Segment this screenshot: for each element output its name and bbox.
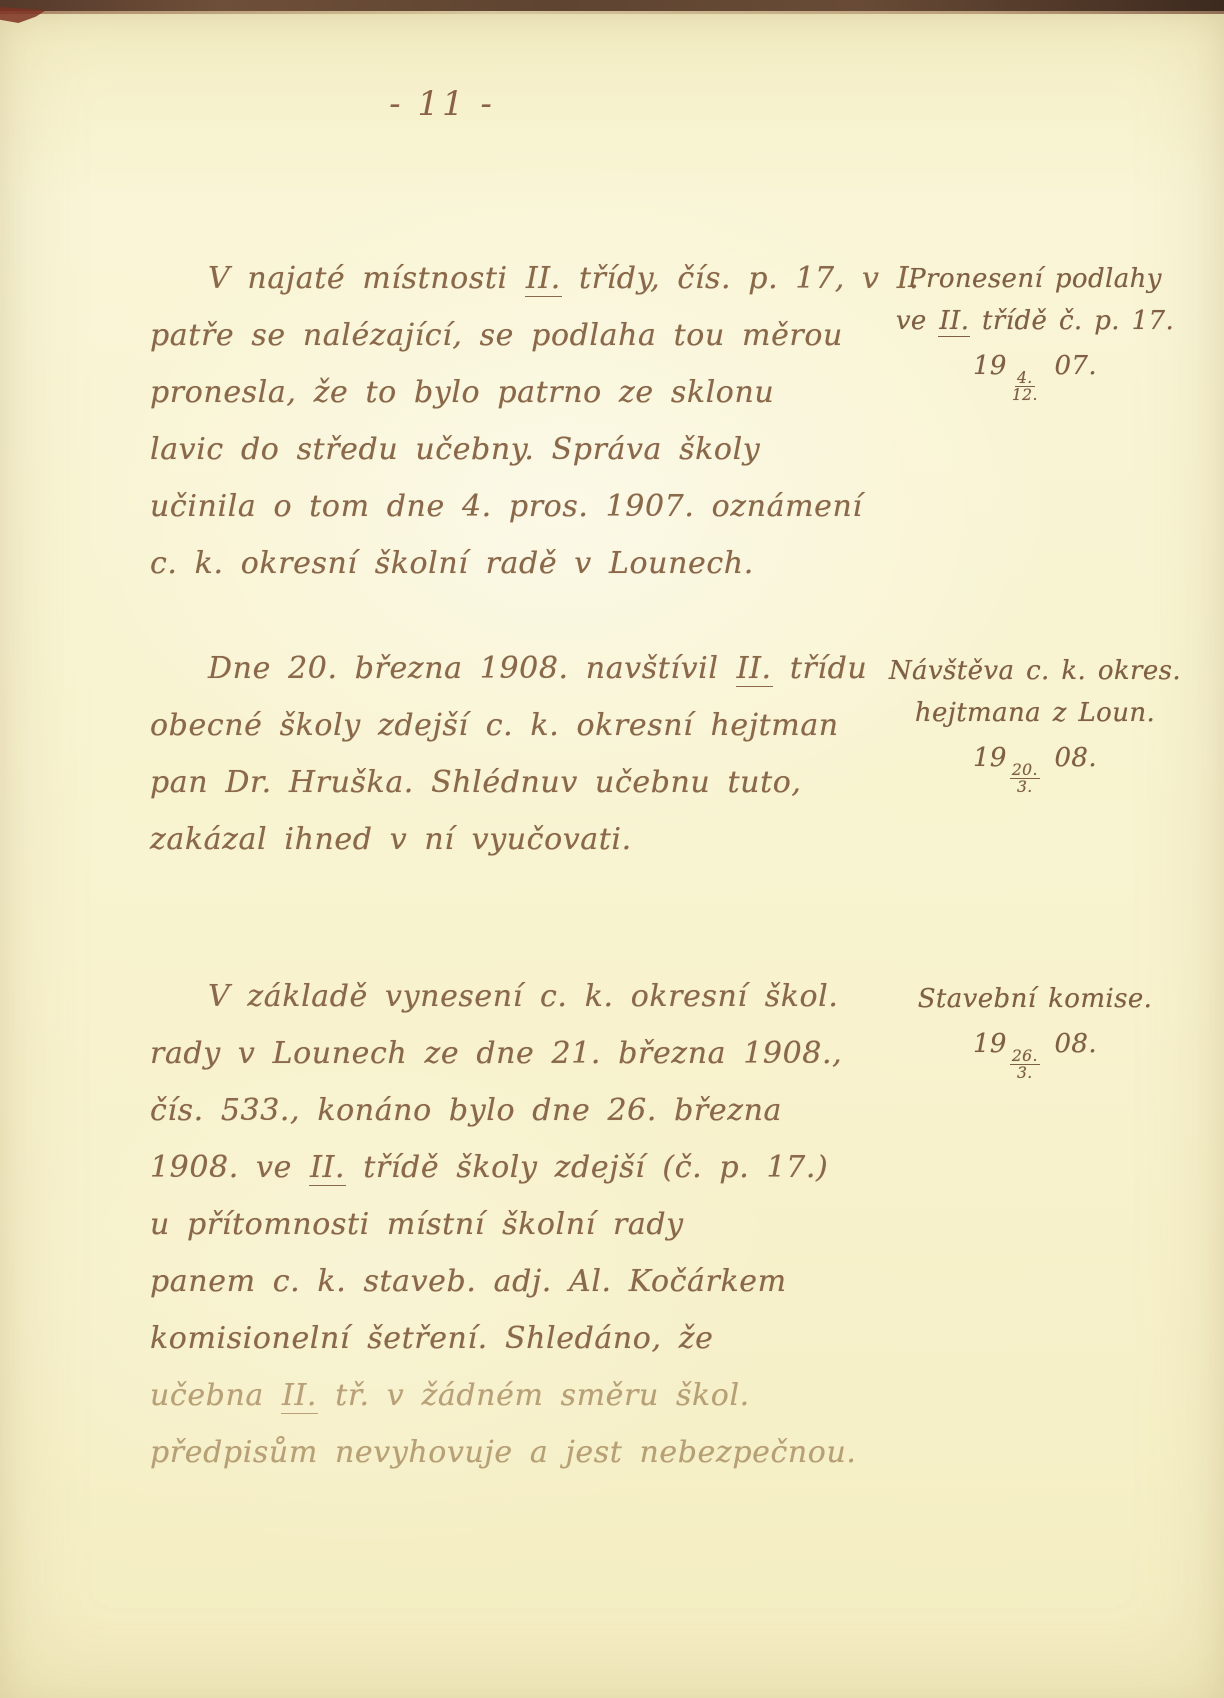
margin-note-line: ve II. třídě č. p. 17. (860, 300, 1210, 342)
margin-note: Stavební komise.1926.3. 08. (860, 978, 1210, 1082)
text-segment: ve (896, 306, 939, 336)
date-month: 3. (1015, 1065, 1035, 1082)
roman-numeral: II. (525, 261, 562, 297)
date-month: 3. (1015, 779, 1035, 796)
text-line: u přítomnosti místní školní rady (150, 1196, 866, 1253)
paragraph: Dne 20. března 1908. navštívil II. třídu… (150, 640, 866, 868)
text-line: učebna II. tř. v žádném směru škol. (150, 1367, 866, 1424)
text-line: předpisům nevyhovuje a jest nebezpečnou. (150, 1424, 866, 1481)
manuscript-page: { "page": { "number": "- 11 -", "ink_col… (0, 0, 1224, 1698)
roman-numeral: II. (736, 651, 773, 687)
date-year-prefix: 19 (973, 351, 1007, 381)
text-segment: třídu (773, 651, 868, 686)
text-segment: předpisům nevyhovuje a jest nebezpečnou. (150, 1435, 857, 1470)
manuscript-area: V najaté místnosti II. třídy, čís. p. 17… (0, 0, 1224, 1698)
text-segment: komisionelní šetření. Shledáno, že (150, 1321, 713, 1356)
roman-numeral: II. (938, 306, 970, 337)
margin-note-line: Návštěva c. k. okres. (860, 650, 1210, 692)
text-line: V základě vynesení c. k. okresní škol. (150, 968, 866, 1025)
paragraph: V najaté místnosti II. třídy, čís. p. 17… (150, 250, 866, 592)
text-line: patře se nalézající, se podlaha tou měro… (150, 307, 866, 364)
text-line: rady v Lounech ze dne 21. března 1908., (150, 1025, 866, 1082)
roman-numeral: II. (281, 1378, 318, 1414)
date-year-suffix: 07. (1043, 351, 1097, 381)
text-segment: V najaté místnosti (208, 261, 525, 296)
text-line: komisionelní šetření. Shledáno, že (150, 1310, 866, 1367)
text-segment: Návštěva c. k. okres. (889, 656, 1181, 686)
text-segment: c. k. okresní školní radě v Lounech. (150, 546, 754, 581)
date-year-suffix: 08. (1043, 743, 1097, 773)
date-year-prefix: 19 (973, 1029, 1007, 1059)
text-segment: třídě školy zdejší (č. p. 17.) (346, 1150, 828, 1185)
text-line: 1908. ve II. třídě školy zdejší (č. p. 1… (150, 1139, 866, 1196)
text-line: lavic do středu učebny. Správa školy (150, 421, 866, 478)
date-month: 12. (1010, 387, 1040, 404)
margin-note-line: Stavební komise. (860, 978, 1210, 1020)
date-day: 26. (1010, 1048, 1040, 1066)
text-line: čís. 533., konáno bylo dne 26. března (150, 1082, 866, 1139)
text-line: učinila o tom dne 4. pros. 1907. oznámen… (150, 478, 866, 535)
text-segment: lavic do středu učebny. Správa školy (150, 432, 760, 467)
text-segment: hejtmana z Loun. (915, 698, 1155, 728)
paragraph: V základě vynesení c. k. okresní škol.ra… (150, 968, 866, 1481)
margin-note-date: 1926.3. 08. (860, 1020, 1210, 1082)
text-segment: pan Dr. Hruška. Shlédnuv učebnu tuto, (150, 765, 802, 800)
text-segment: u přítomnosti místní školní rady (150, 1207, 684, 1242)
text-segment: čís. 533., konáno bylo dne 26. března (150, 1093, 782, 1128)
text-segment: 1908. ve (150, 1150, 309, 1185)
margin-note-date: 1920.3. 08. (860, 734, 1210, 796)
text-segment: panem c. k. staveb. adj. Al. Kočárkem (150, 1264, 787, 1299)
text-segment: rady v Lounech ze dne 21. března 1908., (150, 1036, 842, 1071)
text-segment: učebna (150, 1378, 281, 1413)
text-line: obecné školy zdejší c. k. okresní hejtma… (150, 697, 866, 754)
text-segment: obecné školy zdejší c. k. okresní hejtma… (150, 708, 839, 743)
text-line: V najaté místnosti II. třídy, čís. p. 17… (150, 250, 866, 307)
text-segment: patře se nalézající, se podlaha tou měro… (150, 318, 843, 353)
text-line: zakázal ihned v ní vyučovati. (150, 811, 866, 868)
text-segment: Stavební komise. (918, 984, 1153, 1014)
margin-note: Pronesení podlahyve II. třídě č. p. 17.1… (860, 258, 1210, 404)
date-day: 20. (1010, 762, 1040, 780)
text-segment: V základě vynesení c. k. okresní škol. (208, 979, 839, 1014)
date-fraction: 4.12. (1010, 370, 1040, 405)
margin-note-date: 194.12. 07. (860, 342, 1210, 404)
text-segment: Pronesení podlahy (908, 264, 1162, 294)
text-segment: zakázal ihned v ní vyučovati. (150, 822, 632, 857)
margin-note-line: Pronesení podlahy (860, 258, 1210, 300)
text-line: pronesla, že to bylo patrno ze sklonu (150, 364, 866, 421)
date-fraction: 26.3. (1010, 1048, 1040, 1083)
date-year-suffix: 08. (1043, 1029, 1097, 1059)
date-year-prefix: 19 (973, 743, 1007, 773)
text-line: pan Dr. Hruška. Shlédnuv učebnu tuto, (150, 754, 866, 811)
text-segment: učinila o tom dne 4. pros. 1907. oznámen… (150, 489, 863, 524)
text-line: panem c. k. staveb. adj. Al. Kočárkem (150, 1253, 866, 1310)
text-segment: pronesla, že to bylo patrno ze sklonu (150, 375, 774, 410)
text-line: c. k. okresní školní radě v Lounech. (150, 535, 866, 592)
text-segment: tř. v žádném směru škol. (318, 1378, 750, 1413)
roman-numeral: II. (309, 1150, 346, 1186)
margin-note-line: hejtmana z Loun. (860, 692, 1210, 734)
text-segment: Dne 20. března 1908. navštívil (208, 651, 736, 686)
date-day: 4. (1015, 370, 1035, 388)
margin-note: Návštěva c. k. okres.hejtmana z Loun.192… (860, 650, 1210, 796)
text-line: Dne 20. března 1908. navštívil II. třídu (150, 640, 866, 697)
date-fraction: 20.3. (1010, 762, 1040, 797)
text-segment: třídě č. p. 17. (970, 306, 1174, 336)
